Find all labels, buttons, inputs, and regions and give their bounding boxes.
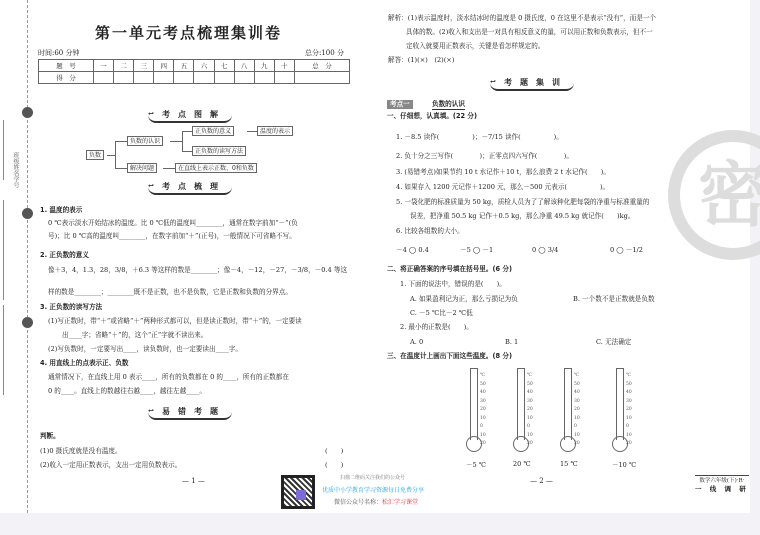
score-cell — [93, 72, 113, 84]
map-connector — [247, 131, 257, 132]
option: C. 无法确定 — [596, 338, 631, 347]
binding-line — [3, 200, 4, 300]
score-table: 题 号 一 二 三 四 五 六 七 八 九 十 总 分 得 分 — [38, 59, 350, 84]
book-catalog: 数学六年级(下)·R· 一 线 调 研 — [695, 475, 749, 493]
question: 4. 如果存入 1200 元记作＋1200 元，那么－500 元表示( )。 — [396, 183, 609, 192]
map-node: 正负数的意义 — [192, 126, 234, 136]
thermometer: ℃504030201001020 －10 ℃ — [612, 368, 652, 458]
banner-concept-map: 考点图解 — [148, 109, 232, 123]
point-title: 2. 正负数的意义 — [40, 251, 89, 260]
analysis-text: 定收入就要用正数表示，关键是看怎样规定的。 — [406, 42, 544, 51]
map-connector — [115, 168, 127, 169]
qr-logo-icon — [296, 490, 306, 500]
question: 2. 负十分之三写作( )；正零点四六写作( )。 — [396, 152, 573, 161]
point-text: 0 的____。直线上的数越往右越____，越往左越____。 — [48, 387, 206, 396]
point-text: 0 ℃表示淡水开始结冰的温度。比 0 ℃低的温度叫________，通常在数字前… — [48, 219, 298, 228]
option: B. 一个数不是正数就是负数 — [573, 295, 655, 304]
question: 1. －8.5 读作( )；－7/15 读作( )。 — [396, 133, 563, 142]
answer-text: 解答：(1)(×) (2)(×) — [388, 56, 454, 65]
score-header: 题 号 — [39, 60, 94, 72]
score-header: 二 — [114, 60, 134, 72]
map-connector — [170, 141, 182, 142]
judge-item: (1)0 摄氏度就是没有温度。 — [40, 447, 122, 456]
analysis-text: 具体的数。(2)收入和支出是一对具有相反意义的量，可以用正数和负数表示，但不一 — [406, 28, 653, 37]
score-header: 八 — [234, 60, 254, 72]
score-cell — [114, 72, 134, 84]
analysis-text: 解析：(1)表示温度时，淡水结冰时的温度是 0 摄氏度，0 在这里不是表示“没有… — [388, 14, 656, 23]
map-node-root: 负数 — [86, 150, 104, 160]
option: A. 0 — [410, 338, 423, 347]
point-title: 4. 用直线上的点表示正、负数 — [40, 359, 129, 368]
compare-item: 0 ◯ －1/2 — [610, 246, 643, 255]
temperature-label: 15 ℃ — [560, 460, 600, 468]
question: 2. 最小的正数是( )。 — [400, 323, 473, 332]
score-cell — [214, 72, 234, 84]
map-connector — [182, 131, 192, 132]
thermometer-scale: ℃504030201001020 — [626, 372, 632, 449]
score-header: 总 分 — [294, 60, 349, 72]
thermometer-tube — [564, 368, 572, 440]
document-page: 班级姓名学号 第一单元考点梳理集训卷 时间:60 分钟 总分:100 分 题 号… — [0, 0, 750, 513]
score-cell — [154, 72, 174, 84]
point-text: 通常情况下，在直线上用 0 表示____，所有的负数都在 0 的____，所有的… — [48, 373, 289, 382]
temperature-label: 20 ℃ — [513, 460, 553, 468]
score-cell — [134, 72, 154, 84]
compare-item: －5 ◯ －1 — [460, 246, 493, 255]
exam-time: 时间:60 分钟 — [38, 48, 80, 58]
score-header: 四 — [154, 60, 174, 72]
score-header: 七 — [214, 60, 234, 72]
map-connector — [182, 151, 192, 152]
option: B. 1 — [505, 338, 518, 347]
promo-link[interactable]: 优质中小学教育学习资源每日免费分享 — [322, 486, 424, 495]
binding-margin: 班级姓名学号 — [0, 0, 40, 513]
point-text: (2)写负数时，一定要写出____，读负数时，也一定要读出____字。 — [48, 345, 242, 354]
question: 5. 一袋化肥的标准质量为 50 kg，质检人员为了了解该种化肥每袋的净重与标准… — [396, 198, 649, 207]
thermometer: ℃504030201001020 －5 ℃ — [466, 368, 506, 458]
score-header: 十 — [274, 60, 294, 72]
thermometer-scale: ℃504030201001020 — [480, 372, 486, 449]
thermometer-scale: ℃504030201001020 — [574, 372, 580, 449]
promo-account: 微信公众号名称：松汇学习课堂 — [334, 498, 418, 507]
score-header: 五 — [174, 60, 194, 72]
score-header: 九 — [254, 60, 274, 72]
binding-text: 班级姓名学号 — [13, 152, 21, 188]
promo-text: 扫描二维码关注我们的公众号 — [340, 474, 405, 483]
binding-hole-icon — [22, 107, 33, 118]
qr-code-icon[interactable] — [281, 475, 315, 509]
thermometer-tube — [616, 368, 624, 440]
binding-line — [3, 305, 4, 395]
thermometer: ℃504030201001020 20 ℃ — [513, 368, 553, 458]
judge-item: (2)收入一定用正数表示，支出一定用负数表示。 — [40, 461, 181, 470]
point-text: 号)；比 0 ℃高的温度叫________，在数字前加“＋”(正号)，一般情况下… — [48, 232, 296, 241]
score-header: 一 — [93, 60, 113, 72]
point-text: (1)写正数时，带“＋”或省略“＋”两种形式都可以，但是读正数时，带“＋”的，一… — [48, 317, 302, 326]
watermark-stamp: 密 — [668, 130, 760, 260]
banner-review: 考点梳理 — [148, 181, 232, 195]
score-cell — [194, 72, 214, 84]
answer-blank: ( ) — [325, 447, 343, 456]
temperature-label: －10 ℃ — [612, 460, 652, 469]
score-cell — [254, 72, 274, 84]
score-cell — [294, 72, 349, 84]
thermometer-tube — [470, 368, 478, 440]
question: 6. 比较各组数的大小。 — [396, 227, 464, 236]
map-node: 温度的表示 — [257, 126, 293, 136]
map-node: 正负数的读写方法 — [192, 146, 246, 156]
exam-total: 总分:100 分 — [305, 48, 344, 58]
topic-title: 负数的认识 — [432, 100, 465, 110]
section-title: 一、仔细想，认真填。(22 分) — [387, 112, 477, 121]
question: 3. (易错考点)如果节约 10 t 水记作＋10 t，那么浪费 2 t 水记作… — [396, 168, 610, 177]
map-connector — [182, 131, 183, 152]
map-node: 负数的认识 — [127, 136, 163, 146]
score-label: 得 分 — [39, 72, 94, 84]
promo-account-name[interactable]: 松汇学习课堂 — [382, 499, 418, 506]
point-text: 样的数是________；________既不是正数，也不是负数，它是正数和负数… — [48, 288, 292, 297]
section-title: 二、将正确答案的序号填在括号里。(6 分) — [387, 265, 512, 274]
point-title: 1. 温度的表示 — [40, 206, 82, 215]
score-cell — [274, 72, 294, 84]
page-number: — 1 — — [182, 477, 205, 485]
thermometer: ℃504030201001020 15 ℃ — [560, 368, 600, 458]
compare-item: －4 ◯ 0.4 — [396, 246, 429, 255]
score-cell — [234, 72, 254, 84]
map-node: 解决问题 — [127, 163, 157, 173]
binding-hole-icon — [22, 208, 33, 219]
question: 1. 下面的说法中，错误的是( )。 — [400, 280, 506, 289]
score-header: 三 — [134, 60, 154, 72]
temperature-label: －5 ℃ — [466, 460, 506, 469]
point-text: 出____字；省略“＋”的，这个“正”字就不读出来。 — [62, 331, 207, 340]
thermometer-scale: ℃504030201001020 — [527, 372, 533, 449]
map-connector — [115, 141, 116, 169]
banner-practice: 考题集训 — [490, 77, 574, 91]
map-connector — [163, 168, 175, 169]
page-number: — 2 — — [530, 477, 553, 485]
judge-title: 判断。 — [40, 432, 60, 441]
map-connector — [115, 141, 127, 142]
promo-account-label: 微信公众号名称： — [334, 499, 382, 506]
question: 误差，把净重 50.5 kg 记作＋0.5 kg，那么净重 49.5 kg 就记… — [410, 212, 634, 221]
compare-item: 0 ◯ 3/4 — [532, 246, 558, 255]
thermometer-tube — [517, 368, 525, 440]
catalog-subject: 数学六年级(下)·R· — [695, 476, 749, 484]
option: C. －5 ℃比－2 ℃低 — [410, 309, 473, 318]
point-text: 像＋3，4，1.3，28，3/8，＋6.3 等这样的数是________；像－4… — [48, 266, 347, 275]
binding-line — [3, 120, 4, 180]
map-connector — [107, 155, 115, 156]
answer-blank: ( ) — [325, 461, 343, 470]
point-title: 3. 正负数的读写方法 — [40, 303, 102, 312]
cut-line — [27, 0, 28, 513]
score-cell — [174, 72, 194, 84]
map-node: 在直线上表示正数、0和负数 — [175, 163, 257, 173]
option: A. 如果盈利记为正，那么亏损记为负 — [410, 295, 518, 304]
score-header: 六 — [194, 60, 214, 72]
banner-common-errors: 易错考题 — [148, 406, 232, 420]
binding-hole-icon — [22, 317, 33, 328]
section-title: 三、在温度计上画出下面这些温度。(8 分) — [387, 352, 512, 361]
catalog-series: 一 线 调 研 — [695, 484, 749, 493]
page-title: 第一单元考点梳理集训卷 — [95, 22, 282, 43]
topic-tag: 考点一 — [387, 100, 413, 109]
